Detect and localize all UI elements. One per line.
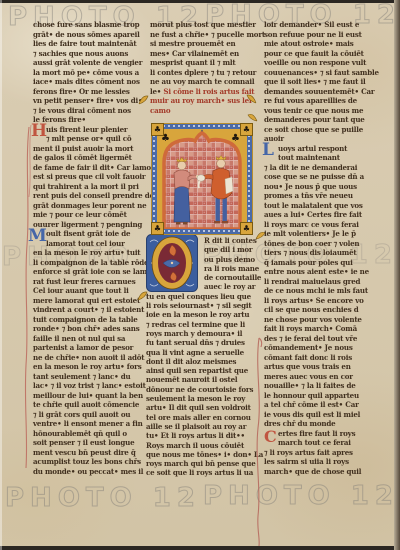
text-line: de fame de fair il dit• Car lamor bbox=[33, 163, 141, 173]
text-line: enforce si grāt ioie con se lamo bbox=[33, 267, 141, 277]
text-line: roys march qui bn̄ pense que bbox=[146, 459, 256, 468]
text-line: entre nous aient este• ie ne bbox=[264, 267, 370, 277]
text-line: fu tant serual dn̄s ⁊ druies bbox=[146, 338, 256, 347]
text-line: la mort mō pe• cōme vous a bbox=[33, 68, 141, 78]
text-column-middle-top: morut plus tost que mestierne fust a chr… bbox=[150, 20, 254, 115]
photo-edge bbox=[394, 0, 400, 550]
text-line: mere lamorat qui ert estoiet bbox=[33, 296, 141, 306]
text-line: rat fust leur freres carnues bbox=[33, 277, 141, 287]
text-line: ne au voy march te comnail bbox=[150, 77, 254, 87]
text-line: artu• Il dit quil sen voldroit bbox=[146, 403, 256, 412]
text-line: ce soit chose que se puille bbox=[264, 125, 370, 135]
text-line: ouurer ligerment ⁊ pengning bbox=[33, 220, 141, 230]
text-line: li roys artus• Se encore vo bbox=[264, 296, 370, 306]
miniature-scene: ♣ ♣ bbox=[157, 129, 247, 229]
text-line: a tel chr̄ cōme il est• Car bbox=[264, 400, 370, 410]
text-line: auec le roy ar bbox=[204, 282, 256, 291]
text-line: faille il nen ot nul qui sa bbox=[33, 334, 141, 344]
drop-cap-l: L bbox=[262, 142, 274, 159]
text-line: son refuue pour ne li eust bbox=[264, 30, 370, 40]
text-line: artus que vous trais en bbox=[264, 362, 370, 372]
text-line: ie vous dis quil est li miel bbox=[264, 410, 370, 420]
body-text: le• bbox=[150, 87, 163, 96]
text-line: pour ce que fauit la cōuiēt bbox=[264, 49, 370, 59]
text-line: ⁊ sachies que nous auons bbox=[33, 49, 141, 59]
text-line: ce soit que li roys artus li ua bbox=[146, 468, 256, 477]
text-line: cōmant fait donc li rois bbox=[264, 353, 370, 363]
text-line: ra li rois mane bbox=[204, 264, 256, 273]
manuscript-photo: PHOTO 12 PHOTO 12 PHOTO 12 PHOTO 12 PHOT… bbox=[0, 0, 400, 550]
miniature-art: ♣ ♣ bbox=[157, 129, 247, 229]
text-line: lac• ⁊ il voz trist ⁊ lanc• estoit bbox=[33, 381, 141, 391]
text-line: loir demander• Sil eust e bbox=[264, 20, 370, 30]
text-column-left: chose fure sans blasme tropgrāt• de nous… bbox=[33, 20, 141, 476]
text-line: cōmandement• Je nous bbox=[264, 343, 370, 353]
text-line: qui trahirent a la mort il pri bbox=[33, 182, 141, 192]
text-line: q̄ iamais pour poles qui bbox=[264, 258, 370, 268]
text-line: fait li roys march• Comā bbox=[264, 324, 370, 334]
text-line: uis firent leur plenier bbox=[46, 125, 141, 135]
text-line: demanderes pour tant que bbox=[264, 115, 370, 125]
text-line: ne de chr̄ie• non auoit il adōt bbox=[33, 353, 141, 363]
text-line: est si preus que cil volt fauoir bbox=[33, 172, 141, 182]
text-line: seulement la meson le roy bbox=[146, 394, 256, 403]
miniature: ♣ ♣ ♣ ♣ ♣ ♣ bbox=[151, 123, 253, 235]
text-line: nouemēt nauroit il ostel bbox=[146, 375, 256, 384]
text-line: ainsi quil sen repartist que bbox=[146, 366, 256, 375]
text-line: le ferons fire• bbox=[33, 115, 141, 125]
trefoil-corner-icon: ♣ bbox=[240, 123, 253, 136]
text-line: cose que se ne puisse dn̄ a bbox=[264, 172, 370, 182]
text-line: mes• Car vilainemēt en bbox=[150, 49, 254, 59]
white-object bbox=[197, 175, 205, 181]
text-line: le• Si cōme li rois artus fait bbox=[150, 87, 254, 97]
miniature-frame: ♣ ♣ ♣ ♣ ♣ ♣ bbox=[152, 124, 252, 234]
text-line: ie mlt volentiers• Je le p̄ bbox=[264, 229, 370, 239]
text-line: rent puis del conseil prendre do bbox=[33, 191, 141, 201]
text-line: vn petit penser• fire• vos di• bbox=[33, 96, 141, 106]
text-line: li compaignon de la table rōde bbox=[33, 258, 141, 268]
trefoil-corner-icon: ♣ bbox=[240, 222, 253, 235]
text-line: meres auec vous en cor bbox=[264, 372, 370, 382]
text-line: dōnour ne de courtoisie fors bbox=[146, 385, 256, 394]
text-line: auoir bbox=[264, 134, 370, 144]
text-line: tant seulement ⁊ lanc• du bbox=[33, 372, 141, 382]
text-line: ne chose pour vos volente bbox=[264, 315, 370, 325]
text-line: vous tenir ce que nous me bbox=[264, 106, 370, 116]
text-line: tuit compaignon de la table bbox=[33, 315, 141, 325]
text-line: meillour de lui• quant la ben bbox=[33, 391, 141, 401]
text-line: re fui vous apareillies de bbox=[264, 96, 370, 106]
text-line: morut plus tost que mestier bbox=[150, 20, 254, 30]
text-line: chose fure sans blasme trop bbox=[33, 20, 141, 30]
text-line: Cel iour auant que tout li bbox=[33, 286, 141, 296]
text-line: ⁊ ie vous dirai cōment nos bbox=[33, 106, 141, 116]
text-line: du monde• ou peccat• mes il bbox=[33, 467, 141, 477]
text-line: ⁊ mlt pense or• quil cō bbox=[46, 134, 141, 144]
initial-o-art bbox=[146, 234, 198, 292]
text-line: de cornoutaille bbox=[204, 273, 256, 282]
text-line: cil se que nous enchies d bbox=[264, 305, 370, 315]
text-line: vindrent a court• ⁊ il estoient bbox=[33, 305, 141, 315]
text-line: oult fisent grāt ioie de bbox=[46, 229, 141, 239]
text-line: de galos il cōmēt ligermēt bbox=[33, 153, 141, 163]
text-line: les sairm si uiia li roys bbox=[264, 457, 370, 467]
text-column-right: loir demander• Sil eust eson refuue pour… bbox=[264, 20, 370, 476]
text-line: hōnourablemēt qn̄ quil o bbox=[33, 429, 141, 439]
text-line: Roys march il uous cōuiēt bbox=[146, 441, 256, 450]
drop-cap-m: M bbox=[28, 228, 47, 245]
text-line: des ⁊ ie ferai del tout vr̄e bbox=[264, 334, 370, 344]
text-line: ment il puist auoir la mort bbox=[33, 144, 141, 154]
text-line: ertes fire faut li roys bbox=[278, 429, 370, 439]
text-line: tu en quel conques lieu que bbox=[146, 292, 256, 301]
text-line: aussi grāt volente de vengier bbox=[33, 58, 141, 68]
text-line: march• que de chose quil bbox=[264, 467, 370, 477]
text-line: en la meson le roy artu• fors bbox=[33, 362, 141, 372]
text-line: que dil i mor bbox=[204, 245, 256, 254]
text-line: que il soit lies• ⁊ me faut il bbox=[264, 77, 370, 87]
text-line: tel ore mais aller en cornou bbox=[146, 413, 256, 422]
text-line: tiers ⁊ nous dis loiaumēt bbox=[264, 248, 370, 258]
text-line: te chr̄ie quil auoit cōmencie bbox=[33, 400, 141, 410]
text-line: dres chr̄ du monde bbox=[264, 419, 370, 429]
text-line: soit penser ⁊ il eust longue bbox=[33, 438, 141, 448]
text-line: ferons fire• Or me lessies bbox=[33, 87, 141, 97]
text-line: li roys marc ce vous ferai bbox=[264, 220, 370, 230]
text-line: voeille ou non respone vult bbox=[264, 58, 370, 68]
text-line: lies de faire tout maintenāt bbox=[33, 39, 141, 49]
photo-edge bbox=[0, 0, 400, 3]
text-line: camo bbox=[150, 106, 254, 116]
text-line: ⁊ li roys artus fait apres bbox=[264, 448, 370, 458]
text-line: nouaille• ⁊ la li faites de bbox=[264, 381, 370, 391]
text-line: ventre• li ensont mener a fin bbox=[33, 419, 141, 429]
text-line: li rois seiournast• ⁊ sil segit bbox=[146, 301, 256, 310]
text-line: ioie en la meson le roy artu bbox=[146, 310, 256, 319]
text-line: que nous me tōnes• i• don• La bbox=[146, 450, 256, 459]
text-line: R dit li contes bbox=[204, 236, 256, 245]
text-line: le honnour quil apparteu bbox=[264, 391, 370, 401]
text-line: aille se il plaisoit au roy ar bbox=[146, 422, 256, 431]
text-line: mie ⁊ pour ce leur cōmēt bbox=[33, 210, 141, 220]
text-line: grāt• de nous sōmes apareil bbox=[33, 30, 141, 40]
rubric-text: Si cōme li rois artus fait bbox=[163, 87, 254, 96]
text-line: roys march y demoura• il bbox=[146, 329, 256, 338]
text-line: muir au roy march• sus lef bbox=[150, 96, 254, 106]
text-line: ⁊ la dit ie ne demanderai bbox=[264, 163, 370, 173]
text-line: ne fust a chr̄ie• ⁊ pucelle mort bbox=[150, 30, 254, 40]
illuminated-initial-o bbox=[146, 234, 198, 292]
text-line: aues a lui• Certes fire fait bbox=[264, 210, 370, 220]
text-line: iace• mais dites cōment nos bbox=[33, 77, 141, 87]
text-line: promes a tn̄s vr̄e neueu bbox=[264, 191, 370, 201]
text-line: nou• Je nous p̄ que uous bbox=[264, 182, 370, 192]
text-line: tu• Et li roys artus li dit•• bbox=[146, 431, 256, 440]
text-line: mesprist quant il ⁊ mlt bbox=[150, 58, 254, 68]
text-line: uoys artul respont bbox=[278, 144, 370, 154]
text-line: tōnes de bon coer ⁊ volen bbox=[264, 239, 370, 249]
text-line: acumplist touz les bons chr̄s bbox=[33, 457, 141, 467]
text-line: ronde• ⁊ bon chr̄• ades sans bbox=[33, 324, 141, 334]
trefoil-corner-icon: ♣ bbox=[151, 222, 164, 235]
text-line: dont il dit aloz meismes bbox=[146, 357, 256, 366]
text-line: de ce nous mchi ie mls faut bbox=[264, 286, 370, 296]
drop-cap-c: C bbox=[264, 429, 277, 445]
text-line: partenist a lamor de pesor bbox=[33, 343, 141, 353]
drop-cap-h: H bbox=[31, 123, 47, 140]
text-line: ou plus demo bbox=[204, 255, 256, 264]
text-line: ⁊ li grāt cors quil auoit ou bbox=[33, 410, 141, 420]
text-line: tout maintenant bbox=[278, 153, 370, 163]
text-line: lamorat tout cel iour bbox=[46, 239, 141, 249]
trefoil-corner-icon: ♣ bbox=[151, 123, 164, 136]
text-line: grāt donmages leur porent ne bbox=[33, 201, 141, 211]
text-line: ⁊ redras cel termine que li bbox=[146, 320, 256, 329]
text-line: tout le malatalent que vos bbox=[264, 201, 370, 211]
text-line: si mestre prouemēt en bbox=[150, 39, 254, 49]
text-line: march tout ce ferai bbox=[278, 438, 370, 448]
text-line: ment vescu bn̄ peust dire q̄ bbox=[33, 448, 141, 458]
text-line: li contes dplere ⁊ tu ⁊ retour bbox=[150, 68, 254, 78]
text-line: couuenances• ⁊ si faut samble bbox=[264, 68, 370, 78]
text-line: li rendrai maiuelaus gred bbox=[264, 277, 370, 287]
text-line: en la meson le roy artu• tuit bbox=[33, 248, 141, 258]
text-line: mie atout ostroie• mais bbox=[264, 39, 370, 49]
text-line: qua li vint agne a seruelle bbox=[146, 348, 256, 357]
photo-edge bbox=[0, 546, 400, 550]
text-line: demandes souuentemēt• Car bbox=[264, 87, 370, 97]
photo-edge bbox=[0, 0, 2, 550]
